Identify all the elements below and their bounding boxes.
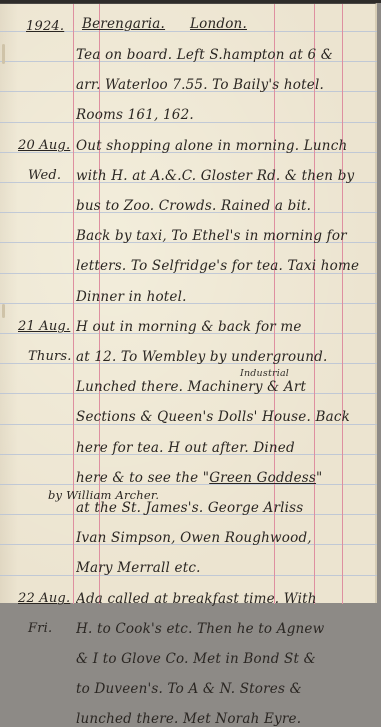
entry-text-line: Mary Merrall etc. [76, 560, 368, 576]
diary-page: 1924. Berengaria. London. Tea on board. … [0, 3, 377, 603]
entry-margin-date: 22 Aug. [18, 591, 70, 606]
entry-text-line: Ivan Simpson, Owen Roughwood, [76, 530, 368, 546]
entry-text-line: at the St. James's. George Arliss [76, 500, 368, 516]
entry-text-line: Lunched there. Machinery & Art [76, 379, 368, 395]
entry-text-line: here for tea. H out after. Dined [76, 440, 368, 456]
ship-name: Berengaria. [82, 16, 165, 32]
entry-text-line: bus to Zoo. Crowds. Rained a bit. [76, 198, 368, 214]
entry-text-line: Rooms 161, 162. [76, 107, 368, 123]
entry-text-line: Sections & Queen's Dolls' House. Back [76, 409, 368, 425]
entry-text-line: at 12. To Wembley by underground. [76, 349, 368, 365]
entry-text-line: H out in morning & back for me [76, 319, 368, 335]
binding-mark [2, 44, 5, 64]
place-name: London. [190, 16, 247, 32]
entry-text-line: here & to see the "Green Goddess" [76, 470, 368, 486]
entry-text-line: Tea on board. Left S.hampton at 6 & [76, 47, 368, 63]
entry-margin-date: 21 Aug. [18, 319, 70, 334]
entry-margin-date: Thurs. [28, 349, 72, 364]
entry-text-line: with H. at A.&.C. Gloster Rd. & then by [76, 168, 368, 184]
entry-text-line: Dinner in hotel. [76, 289, 368, 305]
diary-year: 1924. [26, 19, 64, 34]
margin-rule [73, 4, 74, 604]
entry-margin-date: Wed. [28, 168, 61, 183]
entry-text-line: arr. Waterloo 7.55. To Baily's hotel. [76, 77, 368, 93]
play-title: Green Goddess [209, 470, 316, 486]
entry-text-line: letters. To Selfridge's for tea. Taxi ho… [76, 258, 368, 274]
binding-mark [2, 304, 5, 318]
entry-text-line: Ada called at breakfast time. With [76, 591, 368, 607]
entry-text-line: Back by taxi, To Ethel's in morning for [76, 228, 368, 244]
entry-text-line: Out shopping alone in morning. Lunch [76, 138, 368, 154]
entry-margin-date: 20 Aug. [18, 138, 70, 153]
interlinear-insertion: Industrial [240, 368, 289, 379]
